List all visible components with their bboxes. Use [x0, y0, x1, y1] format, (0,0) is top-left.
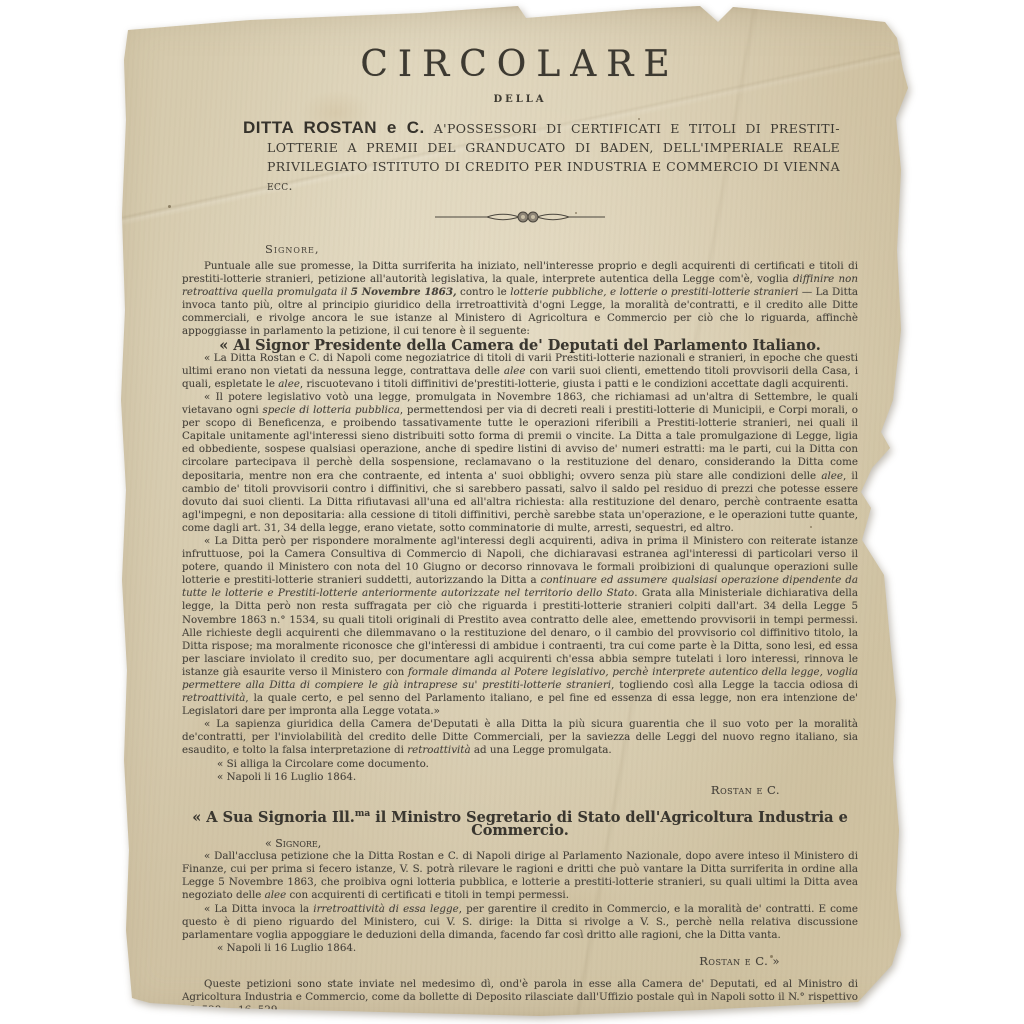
minister-salutation: « Signore,	[182, 837, 858, 850]
signature: Rostan e C.	[182, 784, 858, 797]
document-body: Puntuale alle sue promesse, la Ditta sur…	[182, 260, 858, 1024]
date-line: « Napoli li 16 Luglio 1864.	[182, 942, 858, 955]
petition-paragraph: « Dall'acclusa petizione che la Ditta Ro…	[182, 850, 858, 902]
postscript-paragraph: Queste petizioni sono state inviate nel …	[182, 978, 858, 1017]
petition-paragraph: « La Ditta però per rispondere moralment…	[182, 535, 858, 718]
petition-parliament-heading: « Al Signor Presidente della Camera de' …	[182, 339, 858, 352]
paper-shadow-wrap: CIRCOLARE DELLA DITTA ROSTAN e C. A'POSS…	[0, 0, 1024, 1024]
aged-paper-sheet: CIRCOLARE DELLA DITTA ROSTAN e C. A'POSS…	[110, 6, 940, 1020]
date-line: « Napoli li 16 Luglio 1864.	[182, 771, 858, 784]
ornament-divider-icon	[182, 206, 858, 225]
document-content: CIRCOLARE DELLA DITTA ROSTAN e C. A'POSS…	[182, 28, 858, 1024]
petition-paragraph: « La Ditta Rostan e C. di Napoli come ne…	[182, 352, 858, 391]
salutation: Signore,	[265, 242, 858, 256]
final-signature: Rostan e C.	[182, 1017, 858, 1024]
issuer-line: DITTA ROSTAN e C. A'POSSESSORI DI CERTIF…	[267, 118, 840, 195]
document-title: CIRCOLARE	[182, 44, 858, 85]
signature: Rostan e C. »	[182, 955, 858, 968]
della-label: DELLA	[182, 94, 858, 105]
scanned-document-scene: CIRCOLARE DELLA DITTA ROSTAN e C. A'POSS…	[0, 0, 1024, 1024]
foxing-speck	[168, 205, 171, 208]
issuer-name: DITTA ROSTAN e C.	[243, 118, 425, 137]
petition-paragraph: « Il potere legislativo votò una legge, …	[182, 391, 858, 535]
petition-paragraph: « La sapienza giuridica della Camera de'…	[182, 718, 858, 757]
petition-paragraph: « La Ditta invoca la irretroattività di …	[182, 903, 858, 942]
petition-minister-heading: « A Sua Signoria Ill.ma il Ministro Segr…	[182, 811, 858, 837]
intro-paragraph: Puntuale alle sue promesse, la Ditta sur…	[182, 260, 858, 339]
attachment-line: « Si alliga la Circolare come documento.	[182, 758, 858, 771]
